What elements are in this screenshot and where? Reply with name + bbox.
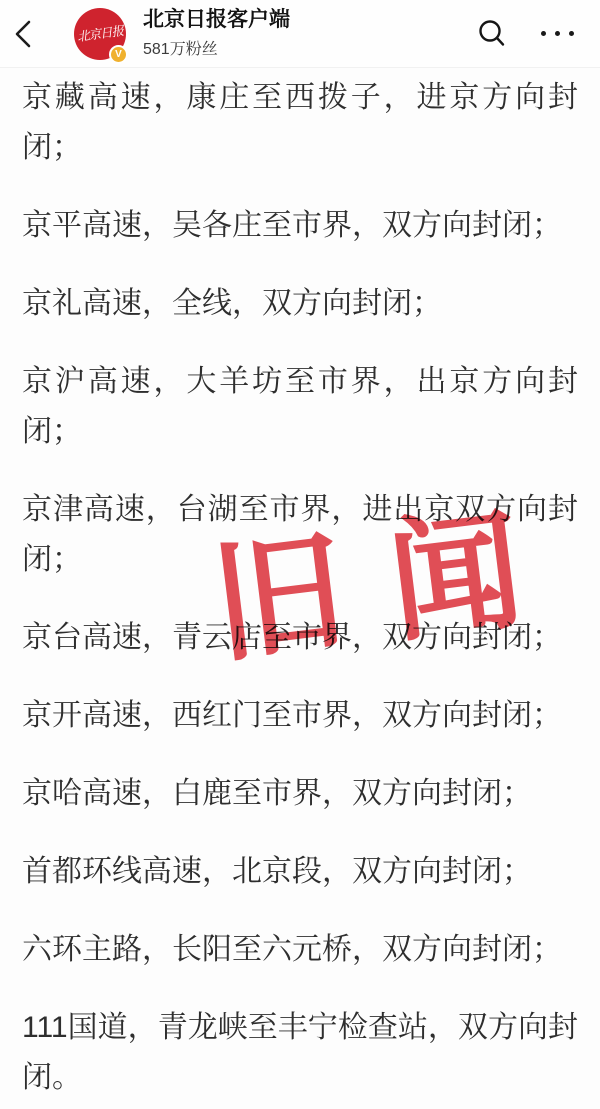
ellipsis-icon — [555, 31, 560, 36]
article-paragraph: 111国道，青龙峡至丰宁检查站，双方向封闭。 — [22, 1003, 578, 1103]
ellipsis-icon — [569, 31, 574, 36]
account-meta[interactable]: 北京日报客户端 581万粉丝 — [143, 8, 290, 59]
article-paragraph: 京藏高速，康庄至西拨子，进京方向封闭； — [22, 73, 578, 173]
logo-calligraphy: 北京日报 — [73, 20, 127, 45]
article-paragraph: 首都环线高速，北京段，双方向封闭； — [22, 847, 578, 897]
ellipsis-icon — [541, 31, 546, 36]
article-paragraph: 京哈高速，白鹿至市界，双方向封闭； — [22, 769, 578, 819]
article-paragraph: 京津高速，台湖至市界，进出京双方向封闭； — [22, 485, 578, 585]
article-paragraph: 京台高速，青云店至市界，双方向封闭； — [22, 613, 578, 663]
search-button[interactable] — [474, 14, 510, 54]
back-chevron-icon — [12, 19, 34, 49]
verified-badge-icon: V — [109, 45, 128, 64]
account-avatar[interactable]: 北京日报 V — [74, 8, 126, 60]
article-paragraph: 京沪高速，大羊坊至市界，出京方向封闭； — [22, 357, 578, 457]
search-icon — [476, 18, 508, 50]
account-name: 北京日报客户端 — [143, 8, 290, 32]
article-paragraph: 六环主路，长阳至六元桥，双方向封闭； — [22, 925, 578, 975]
article-paragraph: 京礼高速，全线，双方向封闭； — [22, 279, 578, 329]
article-paragraph: 京开高速，西红门至市界，双方向封闭； — [22, 691, 578, 741]
follower-count: 581万粉丝 — [143, 36, 290, 59]
more-button[interactable] — [536, 14, 578, 54]
header: 北京日报 V 北京日报客户端 581万粉丝 — [0, 0, 600, 68]
article-paragraph: 京平高速，吴各庄至市界，双方向封闭； — [22, 201, 578, 251]
back-button[interactable] — [12, 14, 46, 54]
app-screen: 北京日报 V 北京日报客户端 581万粉丝 京藏高速，康庄至西拨子，进京方向封闭… — [0, 0, 600, 1109]
article-body: 京藏高速，康庄至西拨子，进京方向封闭；京平高速，吴各庄至市界，双方向封闭；京礼高… — [0, 68, 600, 1103]
